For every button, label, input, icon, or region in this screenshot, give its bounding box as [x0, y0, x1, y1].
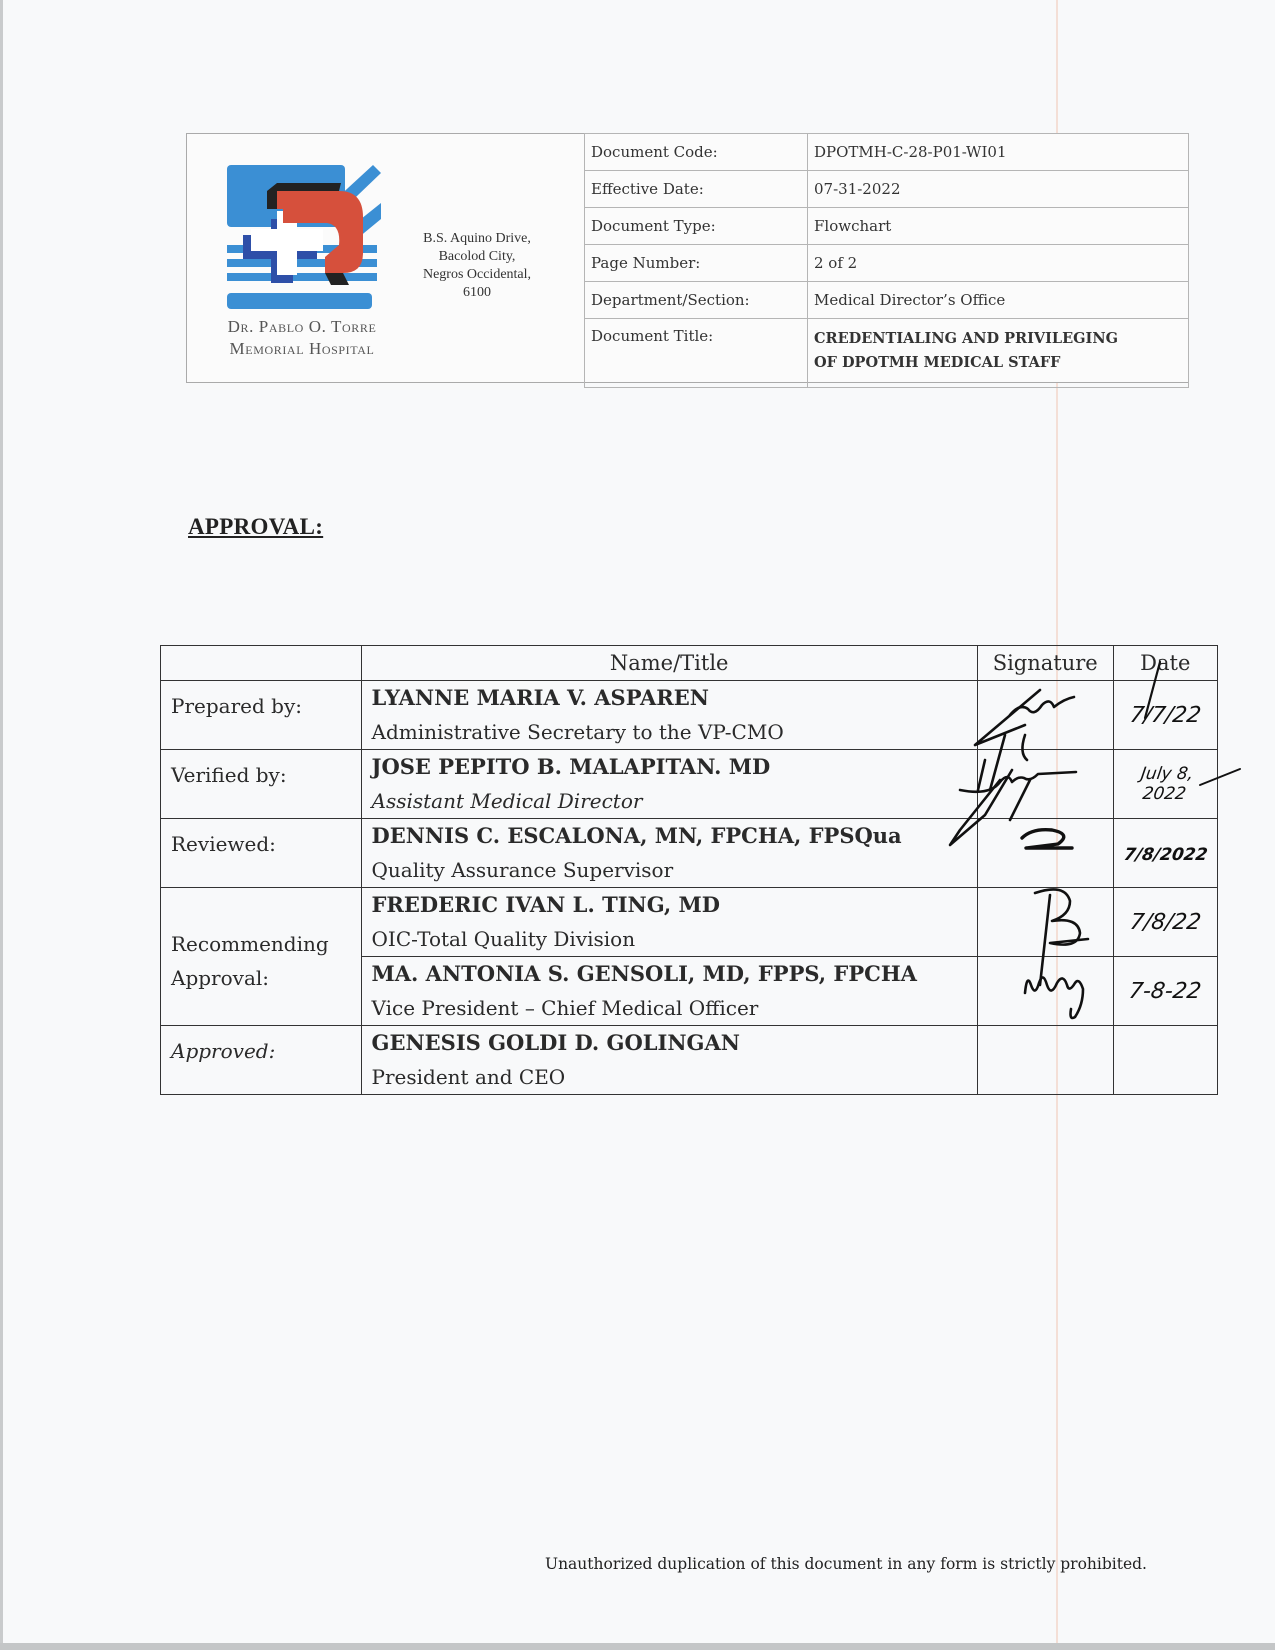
column-header-name-title: Name/Title — [361, 646, 977, 681]
date-cell: 7/8/22 — [1113, 888, 1217, 957]
column-header-date: Date — [1113, 646, 1217, 681]
date-cell: July 8, 2022 — [1113, 750, 1217, 819]
handwritten-date: 7/8/22 — [1128, 910, 1202, 935]
person-title: President and CEO — [372, 1060, 967, 1094]
approval-row-recommending-1: Recommending Approval: FREDERIC IVAN L. … — [161, 888, 1218, 957]
meta-row-document-title: Document Title: CREDENTIALING AND PRIVIL… — [585, 319, 1189, 388]
person-title: Quality Assurance Supervisor — [372, 853, 967, 887]
person-name: GENESIS GOLDI D. GOLINGAN — [372, 1026, 967, 1060]
meta-label: Page Number: — [585, 245, 808, 282]
signature-cell — [977, 957, 1113, 1026]
person-name: FREDERIC IVAN L. TING, MD — [372, 888, 967, 922]
address-line: 6100 — [407, 284, 547, 302]
hospital-address: B.S. Aquino Drive, Bacolod City, Negros … — [407, 230, 547, 302]
person-title: Administrative Secretary to the VP-CMO — [372, 715, 967, 749]
scan-bottom-band — [0, 1643, 1275, 1650]
column-header-role — [161, 646, 362, 681]
meta-label: Document Type: — [585, 208, 808, 245]
document-type-value: Flowchart — [808, 208, 1189, 245]
hospital-logo-area: Dr. Pablo O. Torre Memorial Hospital — [187, 134, 402, 382]
name-title-cell: LYANNE MARIA V. ASPAREN Administrative S… — [361, 681, 977, 750]
signature-cell-empty — [977, 1026, 1113, 1095]
address-line: Negros Occidental, — [407, 266, 547, 284]
signature-cell — [977, 888, 1113, 957]
address-line: Bacolod City, — [407, 248, 547, 266]
approval-row-reviewed: Reviewed: DENNIS C. ESCALONA, MN, FPCHA,… — [161, 819, 1218, 888]
person-title: Vice President – Chief Medical Officer — [372, 991, 967, 1025]
meta-label: Effective Date: — [585, 171, 808, 208]
approval-header-row: Name/Title Signature Date — [161, 646, 1218, 681]
document-title-value: CREDENTIALING AND PRIVILEGING OF DPOTMH … — [808, 319, 1189, 388]
document-meta-table: Document Code: DPOTMH-C-28-P01-WI01 Effe… — [584, 133, 1189, 388]
role-label-line1: Recommending — [171, 927, 351, 961]
document-code-value: DPOTMH-C-28-P01-WI01 — [808, 134, 1189, 171]
name-title-cell: JOSE PEPITO B. MALAPITAN. MD Assistant M… — [361, 750, 977, 819]
meta-row-department: Department/Section: Medical Director’s O… — [585, 282, 1189, 319]
hospital-logo-icon — [223, 161, 381, 313]
hospital-name-line2: Memorial Hospital — [187, 338, 417, 360]
date-cell-empty — [1113, 1026, 1217, 1095]
handwritten-date: 7/7/22 — [1128, 703, 1202, 728]
handwritten-date: 7-8-22 — [1128, 979, 1203, 1004]
person-name: LYANNE MARIA V. ASPAREN — [372, 681, 967, 715]
approval-row-verified: Verified by: JOSE PEPITO B. MALAPITAN. M… — [161, 750, 1218, 819]
document-header: Dr. Pablo O. Torre Memorial Hospital B.S… — [186, 133, 1189, 383]
column-header-signature: Signature — [977, 646, 1113, 681]
person-name: MA. ANTONIA S. GENSOLI, MD, FPPS, FPCHA — [372, 957, 967, 991]
approval-row-prepared: Prepared by: LYANNE MARIA V. ASPAREN Adm… — [161, 681, 1218, 750]
name-title-cell: DENNIS C. ESCALONA, MN, FPCHA, FPSQua Qu… — [361, 819, 977, 888]
date-cell: 7/7/22 — [1113, 681, 1217, 750]
approval-heading: APPROVAL: — [188, 514, 323, 540]
role-label: Approved: — [161, 1026, 362, 1095]
meta-label: Department/Section: — [585, 282, 808, 319]
role-label-line2: Approval: — [171, 961, 351, 995]
role-label: Reviewed: — [161, 819, 362, 888]
department-value: Medical Director’s Office — [808, 282, 1189, 319]
name-title-cell: MA. ANTONIA S. GENSOLI, MD, FPPS, FPCHA … — [361, 957, 977, 1026]
meta-label: Document Title: — [585, 319, 808, 388]
person-title: OIC-Total Quality Division — [372, 922, 967, 956]
approval-row-approved: Approved: GENESIS GOLDI D. GOLINGAN Pres… — [161, 1026, 1218, 1095]
meta-row-effective-date: Effective Date: 07-31-2022 — [585, 171, 1189, 208]
hospital-name-line1: Dr. Pablo O. Torre — [187, 316, 417, 338]
date-cell: 7-8-22 — [1113, 957, 1217, 1026]
signature-cell — [977, 819, 1113, 888]
handwritten-date: July 8, 2022 — [1121, 764, 1210, 804]
effective-date-value: 07-31-2022 — [808, 171, 1189, 208]
document-title-line2: OF DPOTMH MEDICAL STAFF — [814, 351, 1182, 375]
role-label: Prepared by: — [161, 681, 362, 750]
page-number-value: 2 of 2 — [808, 245, 1189, 282]
role-label: Verified by: — [161, 750, 362, 819]
date-cell: 7/8/2022 — [1113, 819, 1217, 888]
meta-row-page-number: Page Number: 2 of 2 — [585, 245, 1189, 282]
person-name: JOSE PEPITO B. MALAPITAN. MD — [372, 750, 967, 784]
footer-notice: Unauthorized duplication of this documen… — [545, 1555, 1147, 1573]
handwritten-date: 7/8/2022 — [1122, 845, 1208, 865]
approval-table: Name/Title Signature Date Prepared by: L… — [160, 645, 1218, 1095]
name-title-cell: GENESIS GOLDI D. GOLINGAN President and … — [361, 1026, 977, 1095]
signature-cell — [977, 750, 1113, 819]
role-label: Recommending Approval: — [161, 888, 362, 1026]
scan-edge — [0, 0, 3, 1650]
person-title: Assistant Medical Director — [372, 784, 967, 818]
meta-label: Document Code: — [585, 134, 808, 171]
document-title-line1: CREDENTIALING AND PRIVILEGING — [814, 327, 1182, 351]
signature-cell — [977, 681, 1113, 750]
hospital-name: Dr. Pablo O. Torre Memorial Hospital — [187, 316, 417, 360]
meta-row-document-code: Document Code: DPOTMH-C-28-P01-WI01 — [585, 134, 1189, 171]
name-title-cell: FREDERIC IVAN L. TING, MD OIC-Total Qual… — [361, 888, 977, 957]
person-name: DENNIS C. ESCALONA, MN, FPCHA, FPSQua — [372, 819, 967, 853]
address-line: B.S. Aquino Drive, — [407, 230, 547, 248]
meta-row-document-type: Document Type: Flowchart — [585, 208, 1189, 245]
